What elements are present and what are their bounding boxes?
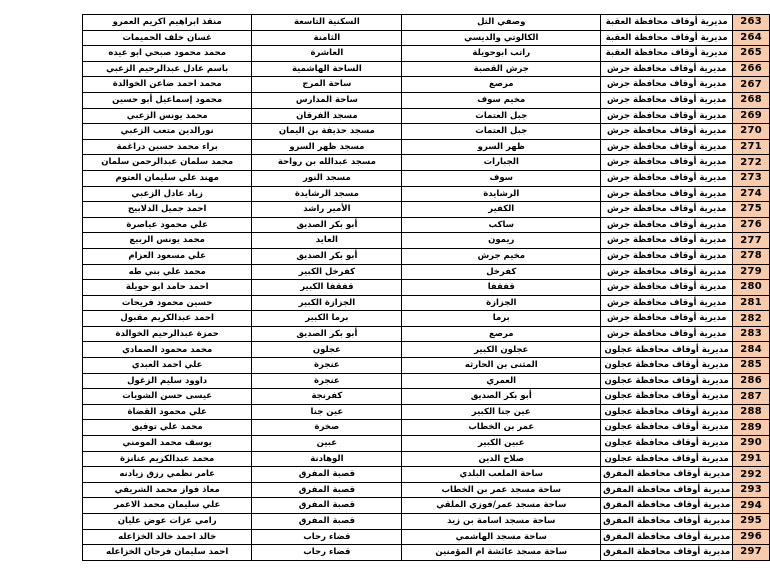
cell-row-number: 271 bbox=[733, 139, 770, 155]
cell-directorate: مديرية أوقاف محافظة المفرق bbox=[601, 498, 733, 514]
cell-location: مخيم جرش bbox=[402, 248, 601, 264]
cell-person-name: مهند علي سليمان العتوم bbox=[83, 170, 252, 186]
cell-mosque-or-area: العايد bbox=[252, 233, 402, 249]
cell-mosque-or-area: عنجرة bbox=[252, 373, 402, 389]
cell-directorate: مديرية أوقاف محافظة جرش bbox=[601, 264, 733, 280]
cell-directorate: مديرية أوقاف محافظة جرش bbox=[601, 233, 733, 249]
table-row: 280مديرية أوقاف محافظة جرشقفقفاقفقفا الك… bbox=[83, 280, 770, 296]
table-row: 273مديرية أوقاف محافظة جرشسوفمسجد النورم… bbox=[83, 170, 770, 186]
table-row: 269مديرية أوقاف محافظة جرشجبل العتماتمسج… bbox=[83, 108, 770, 124]
cell-row-number: 297 bbox=[733, 545, 770, 561]
cell-person-name: محمد محمود الصمادي bbox=[83, 342, 252, 358]
table-row: 263مديرية أوقاف محافظة العقبةوصفي التلال… bbox=[83, 15, 770, 31]
cell-person-name: غسان خلف الحميمات bbox=[83, 30, 252, 46]
cell-row-number: 278 bbox=[733, 248, 770, 264]
cell-row-number: 263 bbox=[733, 15, 770, 31]
cell-person-name: علي محمود عياصرة bbox=[83, 217, 252, 233]
cell-directorate: مديرية أوقاف محافظة جرش bbox=[601, 186, 733, 202]
cell-row-number: 286 bbox=[733, 373, 770, 389]
cell-person-name: رامي عزات عوض عليان bbox=[83, 514, 252, 530]
cell-directorate: مديرية أوقاف محافظة جرش bbox=[601, 92, 733, 108]
cell-person-name: عامر نظمي رزق زيادنه bbox=[83, 467, 252, 483]
table-row: 265مديرية أوقاف محافظة العقبةراتب ابوحوي… bbox=[83, 46, 770, 62]
cell-person-name: نورالدين متعب الزعبي bbox=[83, 124, 252, 140]
cell-mosque-or-area: قضاء رحاب bbox=[252, 529, 402, 545]
table-row: 288مديرية أوقاف محافظة عجلونعين جنا الكب… bbox=[83, 404, 770, 420]
table-row: 282مديرية أوقاف محافظة جرشبرمابرما الكبي… bbox=[83, 311, 770, 327]
cell-directorate: مديرية أوقاف محافظة جرش bbox=[601, 108, 733, 124]
cell-row-number: 264 bbox=[733, 30, 770, 46]
cell-person-name: براء محمد حسين دراغمة bbox=[83, 139, 252, 155]
table-row: 274مديرية أوقاف محافظة جرشالرشايدةمسجد ا… bbox=[83, 186, 770, 202]
cell-person-name: محمد يونس الزعبي bbox=[83, 108, 252, 124]
table-row: 270مديرية أوقاف محافظة جرشجبل العتماتمسج… bbox=[83, 124, 770, 140]
cell-mosque-or-area: عنجرة bbox=[252, 358, 402, 374]
cell-location: ساحة مسجد عمر بن الخطاب bbox=[402, 482, 601, 498]
cell-mosque-or-area: السكنية التاسعة bbox=[252, 15, 402, 31]
table-row: 292مديرية أوقاف محافظة المفرقساحة الملعب… bbox=[83, 467, 770, 483]
cell-row-number: 270 bbox=[733, 124, 770, 140]
cell-location: سوف bbox=[402, 170, 601, 186]
cell-location: مرصع bbox=[402, 326, 601, 342]
cell-person-name: محمد محمود صبحي ابو عيده bbox=[83, 46, 252, 62]
cell-row-number: 279 bbox=[733, 264, 770, 280]
cell-mosque-or-area: مسجد الرشايدة bbox=[252, 186, 402, 202]
cell-mosque-or-area: عبين bbox=[252, 436, 402, 452]
cell-row-number: 272 bbox=[733, 155, 770, 171]
table-row: 276مديرية أوقاف محافظة جرشساكبأبو بكر ال… bbox=[83, 217, 770, 233]
cell-directorate: مديرية أوقاف محافظة عجلون bbox=[601, 373, 733, 389]
cell-person-name: علي احمد العبدي bbox=[83, 358, 252, 374]
cell-mosque-or-area: عجلون bbox=[252, 342, 402, 358]
cell-row-number: 295 bbox=[733, 514, 770, 530]
cell-person-name: محمد علي بني طه bbox=[83, 264, 252, 280]
cell-person-name: علي مسعود العزام bbox=[83, 248, 252, 264]
cell-row-number: 296 bbox=[733, 529, 770, 545]
cell-mosque-or-area: ساحة المرج bbox=[252, 77, 402, 93]
cell-row-number: 282 bbox=[733, 311, 770, 327]
cell-directorate: مديرية أوقاف محافظة المفرق bbox=[601, 467, 733, 483]
table-row: 291مديرية أوقاف محافظة عجلونصلاح الدينال… bbox=[83, 451, 770, 467]
cell-person-name: خالد احمد خالد الخزاعله bbox=[83, 529, 252, 545]
table-row: 281مديرية أوقاف محافظة جرشالجزازةالجزازة… bbox=[83, 295, 770, 311]
table-row: 278مديرية أوقاف محافظة جرشمخيم جرشأبو بك… bbox=[83, 248, 770, 264]
cell-row-number: 276 bbox=[733, 217, 770, 233]
cell-mosque-or-area: قضاء رحاب bbox=[252, 545, 402, 561]
table-row: 284مديرية أوقاف محافظة عجلونعجلون الكبير… bbox=[83, 342, 770, 358]
cell-row-number: 266 bbox=[733, 61, 770, 77]
cell-directorate: مديرية أوقاف محافظة جرش bbox=[601, 124, 733, 140]
cell-row-number: 269 bbox=[733, 108, 770, 124]
cell-mosque-or-area: الساحة الهاشمية bbox=[252, 61, 402, 77]
cell-mosque-or-area: مسجد النور bbox=[252, 170, 402, 186]
cell-location: قفقفا bbox=[402, 280, 601, 296]
cell-directorate: مديرية أوقاف محافظة جرش bbox=[601, 295, 733, 311]
cell-person-name: داوود سليم الزغول bbox=[83, 373, 252, 389]
cell-location: الرشايدة bbox=[402, 186, 601, 202]
cell-person-name: محمد علي توفيق bbox=[83, 420, 252, 436]
cell-directorate: مديرية أوقاف محافظة جرش bbox=[601, 61, 733, 77]
cell-location: ساحة مسجد عائشة ام المؤمنين bbox=[402, 545, 601, 561]
cell-row-number: 293 bbox=[733, 482, 770, 498]
document-page: 263مديرية أوقاف محافظة العقبةوصفي التلال… bbox=[0, 0, 770, 572]
cell-mosque-or-area: عين جنا bbox=[252, 404, 402, 420]
cell-mosque-or-area: الجزازة الكبير bbox=[252, 295, 402, 311]
cell-location: وصفي التل bbox=[402, 15, 601, 31]
cell-mosque-or-area: أبو بكر الصديق bbox=[252, 217, 402, 233]
cell-row-number: 285 bbox=[733, 358, 770, 374]
cell-row-number: 283 bbox=[733, 326, 770, 342]
cell-row-number: 284 bbox=[733, 342, 770, 358]
cell-location: برما bbox=[402, 311, 601, 327]
cell-person-name: محمد عبدالكريم عنانزة bbox=[83, 451, 252, 467]
cell-person-name: علي سليمان محمد الاعمر bbox=[83, 498, 252, 514]
cell-directorate: مديرية أوقاف محافظة عجلون bbox=[601, 389, 733, 405]
table-row: 268مديرية أوقاف محافظة جرشمخيم سوفساحة ا… bbox=[83, 92, 770, 108]
cell-row-number: 294 bbox=[733, 498, 770, 514]
cell-person-name: حسين محمود فريحات bbox=[83, 295, 252, 311]
awqaf-table: 263مديرية أوقاف محافظة العقبةوصفي التلال… bbox=[82, 14, 770, 561]
cell-directorate: مديرية أوقاف محافظة عجلون bbox=[601, 451, 733, 467]
cell-location: صلاح الدين bbox=[402, 451, 601, 467]
cell-location: ساكب bbox=[402, 217, 601, 233]
table-row: 297مديرية أوقاف محافظة المفرقساحة مسجد ع… bbox=[83, 545, 770, 561]
cell-directorate: مديرية أوقاف محافظة عجلون bbox=[601, 420, 733, 436]
cell-directorate: مديرية أوقاف محافظة عجلون bbox=[601, 342, 733, 358]
cell-mosque-or-area: قصبة المفرق bbox=[252, 514, 402, 530]
cell-person-name: احمد سليمان فرحان الخزاعله bbox=[83, 545, 252, 561]
cell-location: الجزازة bbox=[402, 295, 601, 311]
cell-row-number: 267 bbox=[733, 77, 770, 93]
cell-mosque-or-area: صخرة bbox=[252, 420, 402, 436]
cell-location: الجبارات bbox=[402, 155, 601, 171]
cell-row-number: 290 bbox=[733, 436, 770, 452]
cell-person-name: باسم عادل عبدالرحيم الزعبي bbox=[83, 61, 252, 77]
cell-mosque-or-area: قصبة المفرق bbox=[252, 498, 402, 514]
table-row: 272مديرية أوقاف محافظة جرشالجباراتمسجد ع… bbox=[83, 155, 770, 171]
cell-mosque-or-area: الثامنة bbox=[252, 30, 402, 46]
cell-mosque-or-area: مسجد ظهر السرو bbox=[252, 139, 402, 155]
cell-directorate: مديرية أوقاف محافظة المفرق bbox=[601, 482, 733, 498]
cell-person-name: علي محمود القضاة bbox=[83, 404, 252, 420]
cell-mosque-or-area: قفقفا الكبير bbox=[252, 280, 402, 296]
table-row: 267مديرية أوقاف محافظة جرشمرصعساحة المرج… bbox=[83, 77, 770, 93]
table-row: 275مديرية أوقاف محافظة جرشالكفيرالأمير ر… bbox=[83, 202, 770, 218]
cell-person-name: عيسى حسن الشويات bbox=[83, 389, 252, 405]
cell-directorate: مديرية أوقاف محافظة جرش bbox=[601, 155, 733, 171]
cell-row-number: 289 bbox=[733, 420, 770, 436]
cell-location: أبو بكر الصديق bbox=[402, 389, 601, 405]
table-row: 266مديرية أوقاف محافظة جرشجرش القصبةالسا… bbox=[83, 61, 770, 77]
cell-location: ساحة مسجد الهاشمي bbox=[402, 529, 601, 545]
cell-location: الكالوتي والديسي bbox=[402, 30, 601, 46]
cell-row-number: 275 bbox=[733, 202, 770, 218]
cell-mosque-or-area: العاشرة bbox=[252, 46, 402, 62]
cell-person-name: يوسف محمد المومني bbox=[83, 436, 252, 452]
cell-directorate: مديرية أوقاف محافظة عجلون bbox=[601, 436, 733, 452]
cell-mosque-or-area: قصبة المفرق bbox=[252, 467, 402, 483]
table-row: 287مديرية أوقاف محافظة عجلونأبو بكر الصد… bbox=[83, 389, 770, 405]
cell-directorate: مديرية أوقاف محافظة جرش bbox=[601, 77, 733, 93]
cell-row-number: 292 bbox=[733, 467, 770, 483]
cell-directorate: مديرية أوقاف محافظة جرش bbox=[601, 139, 733, 155]
cell-row-number: 280 bbox=[733, 280, 770, 296]
table-row: 293مديرية أوقاف محافظة المفرقساحة مسجد ع… bbox=[83, 482, 770, 498]
cell-mosque-or-area: قصبة المفرق bbox=[252, 482, 402, 498]
cell-mosque-or-area: أبو بكر الصديق bbox=[252, 326, 402, 342]
cell-location: جبل العتمات bbox=[402, 124, 601, 140]
cell-location: ظهر السرو bbox=[402, 139, 601, 155]
table-row: 264مديرية أوقاف محافظة العقبةالكالوتي وا… bbox=[83, 30, 770, 46]
cell-row-number: 273 bbox=[733, 170, 770, 186]
table-row: 296مديرية أوقاف محافظة المفرقساحة مسجد ا… bbox=[83, 529, 770, 545]
cell-row-number: 277 bbox=[733, 233, 770, 249]
cell-mosque-or-area: الوهادنة bbox=[252, 451, 402, 467]
cell-directorate: مديرية أوقاف محافظة جرش bbox=[601, 248, 733, 264]
cell-mosque-or-area: ساحة المدارس bbox=[252, 92, 402, 108]
cell-location: عين جنا الكبير bbox=[402, 404, 601, 420]
cell-person-name: محمد سلمان عبدالرحمن سلمان bbox=[83, 155, 252, 171]
table-row: 294مديرية أوقاف محافظة المفرقساحة مسجد ع… bbox=[83, 498, 770, 514]
cell-location: جبل العتمات bbox=[402, 108, 601, 124]
cell-person-name: زياد عادل الزعبي bbox=[83, 186, 252, 202]
cell-mosque-or-area: كفرخل الكبير bbox=[252, 264, 402, 280]
cell-location: عجلون الكبير bbox=[402, 342, 601, 358]
cell-directorate: مديرية أوقاف محافظة جرش bbox=[601, 326, 733, 342]
cell-mosque-or-area: الأمير راشد bbox=[252, 202, 402, 218]
cell-directorate: مديرية أوقاف محافظة عجلون bbox=[601, 404, 733, 420]
table-row: 271مديرية أوقاف محافظة جرشظهر السرومسجد … bbox=[83, 139, 770, 155]
table-row: 290مديرية أوقاف محافظة عجلونعبين الكبيرع… bbox=[83, 436, 770, 452]
table-container: 263مديرية أوقاف محافظة العقبةوصفي التلال… bbox=[82, 14, 770, 561]
cell-row-number: 274 bbox=[733, 186, 770, 202]
cell-person-name: حمزة عبدالرحيم الخوالدة bbox=[83, 326, 252, 342]
cell-directorate: مديرية أوقاف محافظة جرش bbox=[601, 217, 733, 233]
cell-row-number: 265 bbox=[733, 46, 770, 62]
cell-location: العمري bbox=[402, 373, 601, 389]
cell-mosque-or-area: مسجد عبدالله بن رواحة bbox=[252, 155, 402, 171]
cell-directorate: مديرية أوقاف محافظة جرش bbox=[601, 311, 733, 327]
cell-location: مرصع bbox=[402, 77, 601, 93]
awqaf-table-body: 263مديرية أوقاف محافظة العقبةوصفي التلال… bbox=[83, 15, 770, 561]
cell-row-number: 287 bbox=[733, 389, 770, 405]
cell-location: الكفير bbox=[402, 202, 601, 218]
cell-location: ساحة الملعب البلدي bbox=[402, 467, 601, 483]
cell-directorate: مديرية أوقاف محافظة المفرق bbox=[601, 514, 733, 530]
cell-location: راتب ابوحويلة bbox=[402, 46, 601, 62]
cell-row-number: 268 bbox=[733, 92, 770, 108]
cell-location: عبين الكبير bbox=[402, 436, 601, 452]
cell-mosque-or-area: مسجد الفرقان bbox=[252, 108, 402, 124]
table-row: 277مديرية أوقاف محافظة جرشريمونالعايدمحم… bbox=[83, 233, 770, 249]
cell-row-number: 281 bbox=[733, 295, 770, 311]
cell-person-name: محمد احمد ضاعن الخوالدة bbox=[83, 77, 252, 93]
cell-directorate: مديرية أوقاف محافظة العقبة bbox=[601, 30, 733, 46]
cell-directorate: مديرية أوقاف محافظة جرش bbox=[601, 202, 733, 218]
table-row: 283مديرية أوقاف محافظة جرشمرصعأبو بكر ال… bbox=[83, 326, 770, 342]
cell-row-number: 291 bbox=[733, 451, 770, 467]
cell-person-name: احمد جميل الدلابيح bbox=[83, 202, 252, 218]
cell-directorate: مديرية أوقاف محافظة العقبة bbox=[601, 15, 733, 31]
cell-directorate: مديرية أوقاف محافظة عجلون bbox=[601, 358, 733, 374]
cell-row-number: 288 bbox=[733, 404, 770, 420]
cell-mosque-or-area: كفرنجة bbox=[252, 389, 402, 405]
cell-location: ساحة مسجد اسامة بن زيد bbox=[402, 514, 601, 530]
cell-person-name: محمود إسماعيل أبو حسين bbox=[83, 92, 252, 108]
cell-person-name: محمد يونس الربيع bbox=[83, 233, 252, 249]
cell-location: ساحة مسجد عمر/فوزي الملقي bbox=[402, 498, 601, 514]
cell-location: عمر بن الخطاب bbox=[402, 420, 601, 436]
cell-mosque-or-area: برما الكبير bbox=[252, 311, 402, 327]
table-row: 285مديرية أوقاف محافظة عجلونالمثنى بن ال… bbox=[83, 358, 770, 374]
cell-mosque-or-area: مسجد حذيفة بن اليمان bbox=[252, 124, 402, 140]
cell-directorate: مديرية أوقاف محافظة المفرق bbox=[601, 545, 733, 561]
cell-person-name: احمد عبدالكريم مقبول bbox=[83, 311, 252, 327]
table-row: 295مديرية أوقاف محافظة المفرقساحة مسجد ا… bbox=[83, 514, 770, 530]
cell-person-name: منقذ ابراهيم اكريم العمرو bbox=[83, 15, 252, 31]
cell-person-name: معاذ فواز محمد الشريفي bbox=[83, 482, 252, 498]
table-row: 286مديرية أوقاف محافظة عجلونالعمريعنجرةد… bbox=[83, 373, 770, 389]
cell-person-name: احمد حامد ابو حويلة bbox=[83, 280, 252, 296]
cell-location: مخيم سوف bbox=[402, 92, 601, 108]
cell-location: المثنى بن الحارثه bbox=[402, 358, 601, 374]
cell-location: جرش القصبة bbox=[402, 61, 601, 77]
cell-directorate: مديرية أوقاف محافظة العقبة bbox=[601, 46, 733, 62]
table-row: 289مديرية أوقاف محافظة عجلونعمر بن الخطا… bbox=[83, 420, 770, 436]
table-row: 279مديرية أوقاف محافظة جرشكفرخلكفرخل الك… bbox=[83, 264, 770, 280]
cell-location: ريمون bbox=[402, 233, 601, 249]
cell-location: كفرخل bbox=[402, 264, 601, 280]
cell-directorate: مديرية أوقاف محافظة المفرق bbox=[601, 529, 733, 545]
cell-mosque-or-area: أبو بكر الصديق bbox=[252, 248, 402, 264]
cell-directorate: مديرية أوقاف محافظة جرش bbox=[601, 170, 733, 186]
cell-directorate: مديرية أوقاف محافظة جرش bbox=[601, 280, 733, 296]
